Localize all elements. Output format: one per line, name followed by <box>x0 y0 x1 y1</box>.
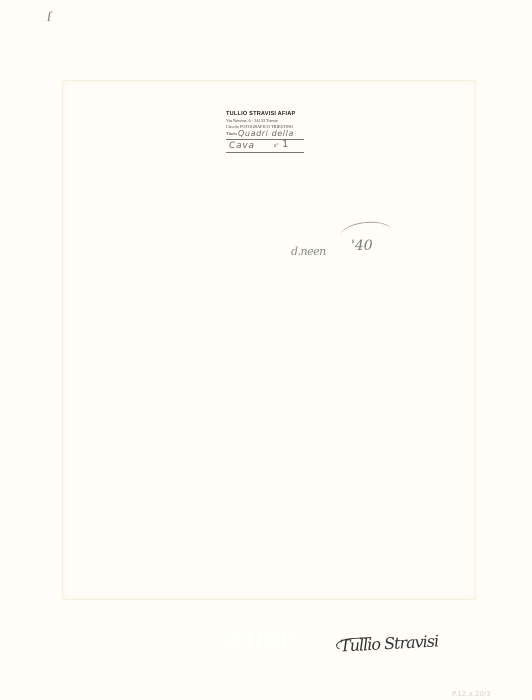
pencil-note: d.neen <box>291 245 326 258</box>
stamp-title-line: Titolo Quadri della <box>226 131 304 140</box>
photographer-signature: Tullio Stravisi <box>340 631 439 655</box>
plate-mark <box>62 80 476 600</box>
stamp-title-handwritten-2: Cava <box>229 141 255 151</box>
photo-verso-page: ſ TULLIO STRAVISI AFIAP Via Navona, 6 - … <box>0 0 532 700</box>
photographer-stamp: TULLIO STRAVISI AFIAP Via Navona, 6 - 34… <box>226 111 304 153</box>
stamp-address: Via Navona, 6 - 34133 Trieste <box>226 118 304 123</box>
stamp-title-handwritten-1: Quadri della <box>238 129 294 138</box>
corner-pencil-mark: ſ <box>46 10 52 26</box>
stamp-number-label: n° <box>274 144 279 149</box>
stamp-photographer-name: TULLIO STRAVISI AFIAP <box>226 111 304 117</box>
stamp-number-handwritten: 1 <box>282 139 288 150</box>
pencil-year: '40 <box>351 238 373 254</box>
craf-watermark: CRAF <box>228 628 295 656</box>
archive-code: P.12.a.20/3 <box>452 690 491 698</box>
stamp-title-line-2: Cava n° 1 <box>226 142 304 153</box>
stamp-title-label: Titolo <box>226 131 237 136</box>
